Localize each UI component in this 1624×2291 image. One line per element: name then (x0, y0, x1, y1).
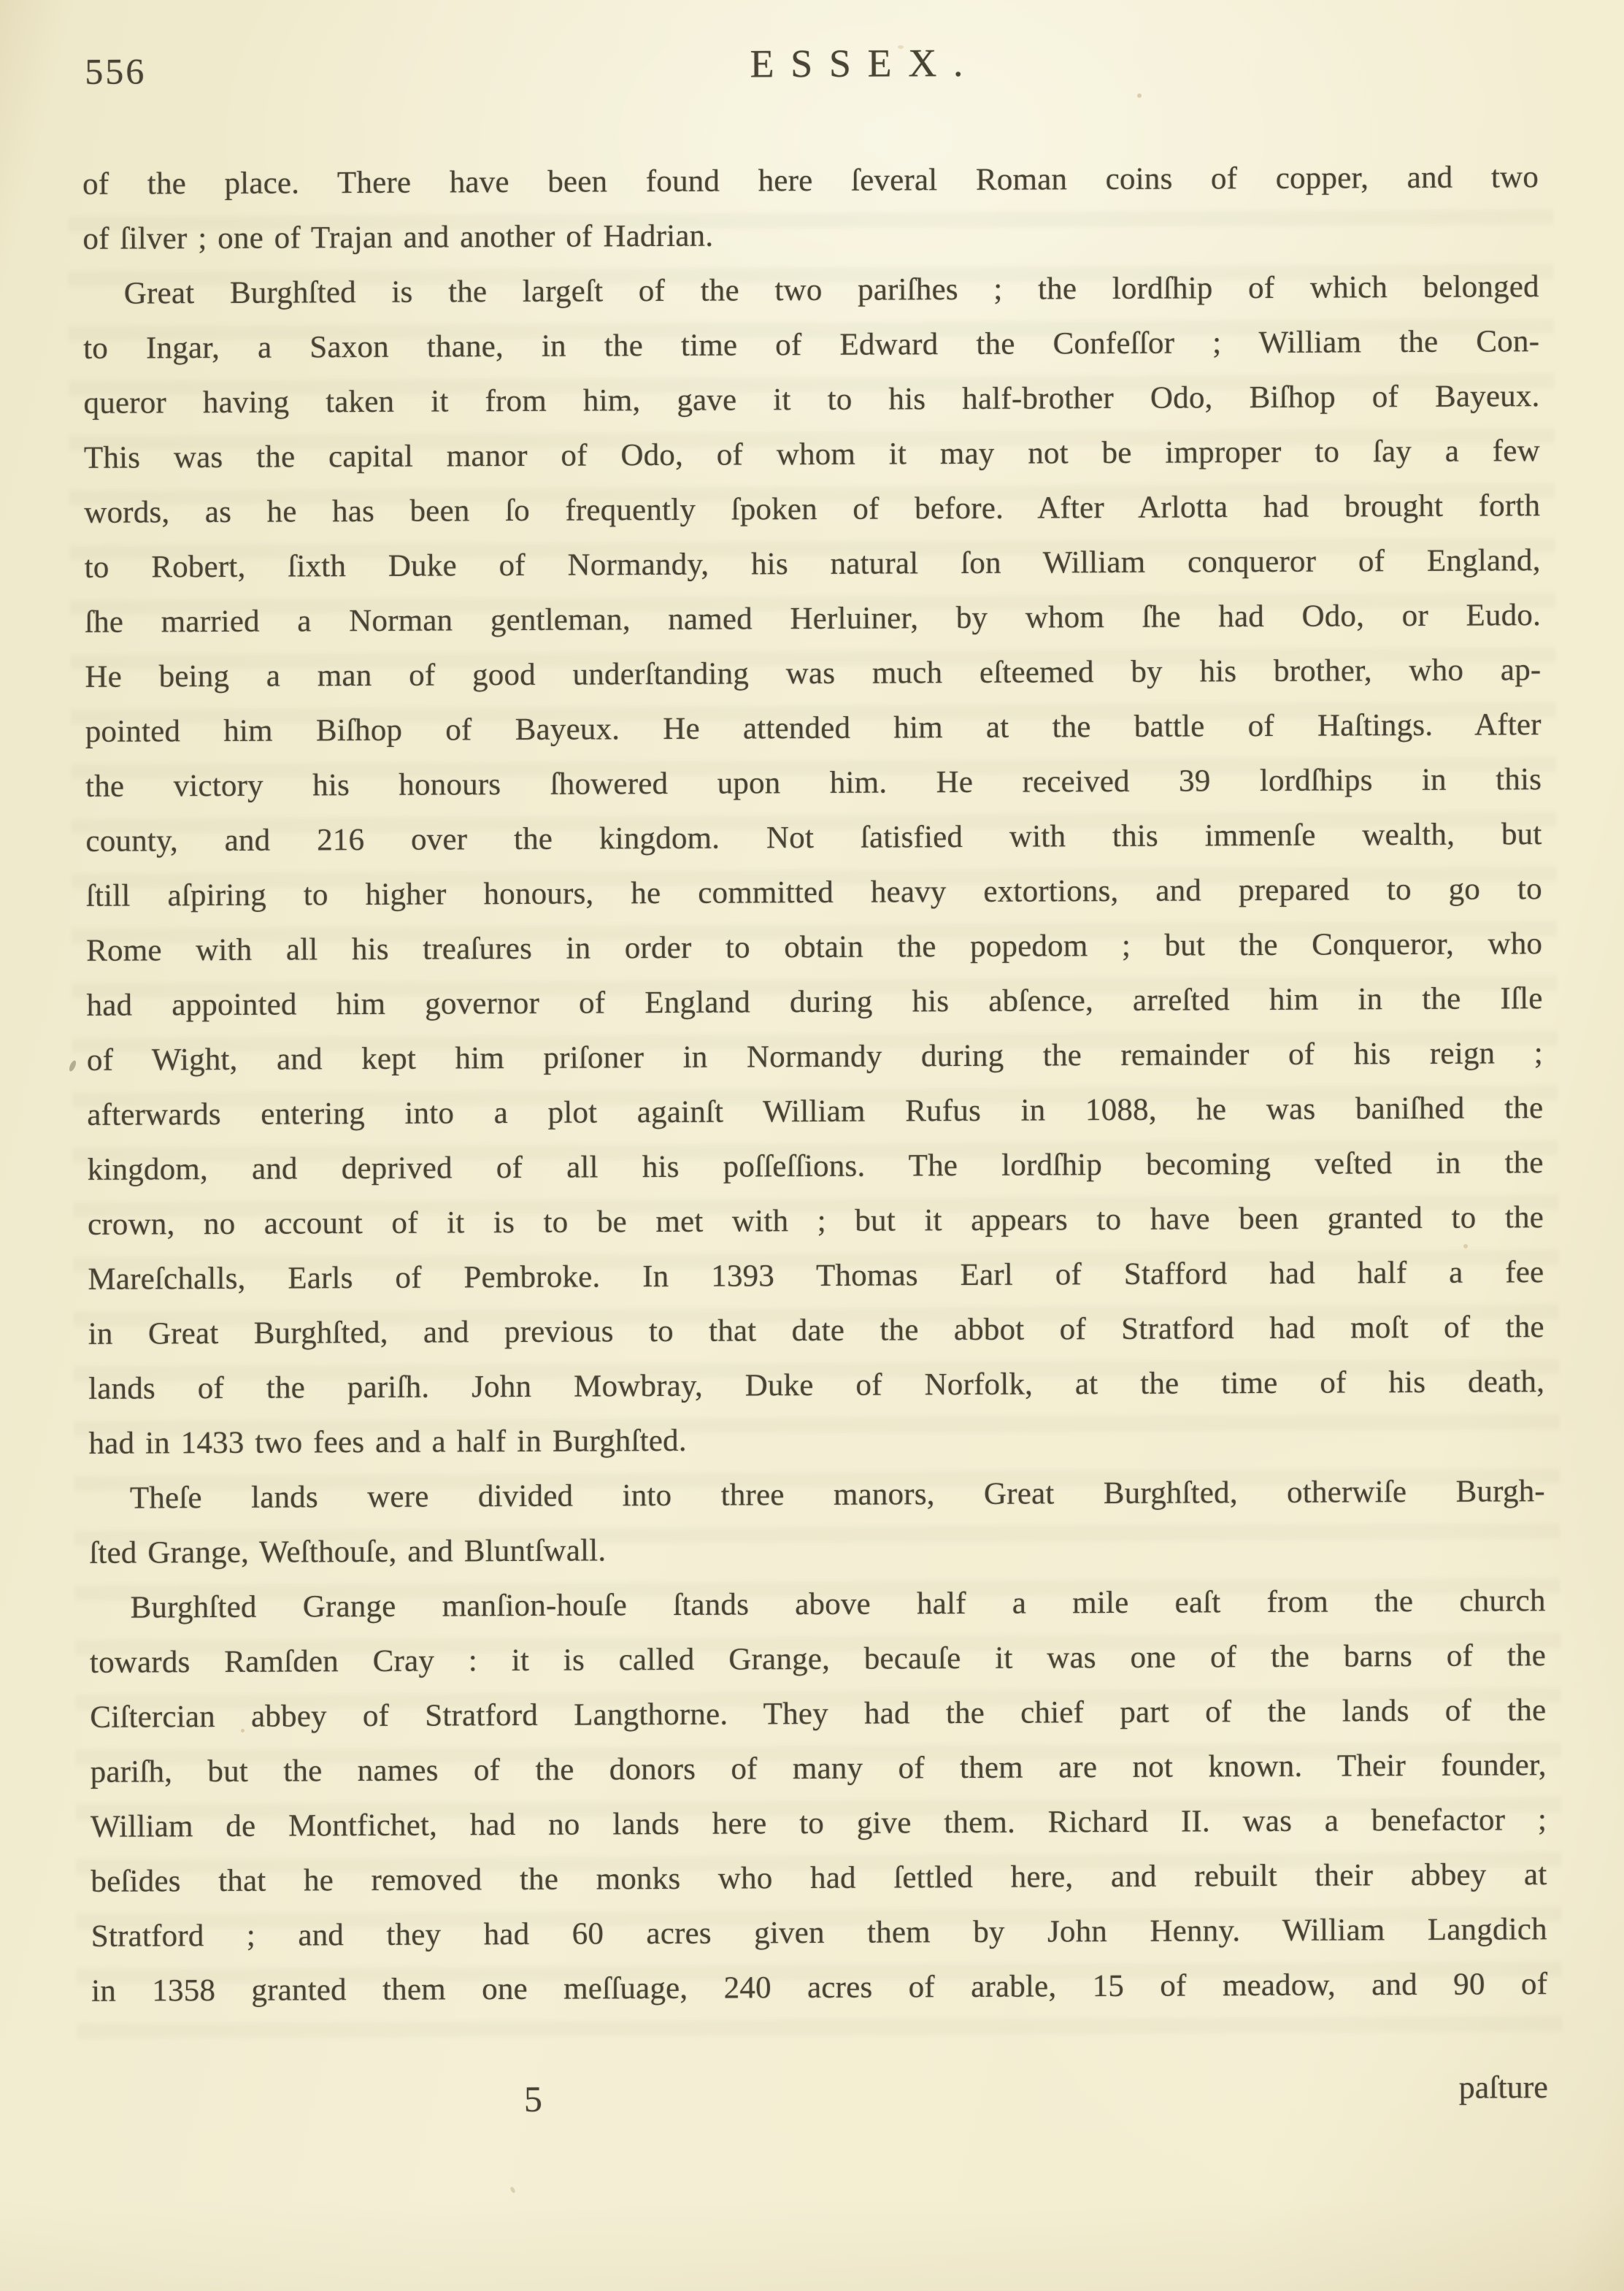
text-line: William de Montfichet, had no lands here… (91, 1792, 1547, 1854)
text-line: Stratford ; and they had 60 acres given … (91, 1902, 1547, 1964)
text-line: had in 1433 two fees and a half in Burgh… (88, 1409, 1544, 1471)
text-line: lands of the pariſh. John Mowbray, Duke … (88, 1354, 1544, 1416)
running-title: ESSEX. (82, 37, 1538, 90)
text-line: beſides that he removed the monks who ha… (91, 1847, 1547, 1909)
text-line: towards Ramſden Cray : it is called Gran… (90, 1628, 1546, 1690)
text-line: in Great Burghſted, and previous to that… (88, 1300, 1544, 1362)
text-line: of Wight, and kept him priſoner in Norma… (87, 1026, 1543, 1088)
text-line: words, as he has been ſo frequently ſpok… (84, 478, 1540, 540)
text-line: ſtill aſpiring to higher honours, he com… (86, 861, 1542, 924)
signature-mark: 5 (524, 2078, 542, 2120)
text-line: Burghſted Grange manſion-houſe ſtands ab… (89, 1573, 1545, 1635)
text-line: the victory his honours ſhowered upon hi… (85, 752, 1542, 814)
text-line: pariſh, but the names of the donors of m… (91, 1738, 1547, 1800)
text-line: ſhe married a Norman gentleman, named He… (85, 588, 1541, 650)
text-line: Ciſtercian abbey of Stratford Langthorne… (90, 1683, 1546, 1745)
catchword: paſture (1459, 2068, 1548, 2106)
text-line: Mareſchalls, Earls of Pembroke. In 1393 … (88, 1245, 1544, 1307)
text-line: to Ingar, a Saxon thane, in the time of … (83, 314, 1539, 376)
text-line: of the place. There have been found here… (82, 150, 1539, 212)
text-line: crown, no account of it is to be met wit… (88, 1190, 1544, 1252)
text-line: ſted Grange, Weſthouſe, and Bluntſwall. (89, 1519, 1545, 1581)
body-text: of the place. There have been found here… (82, 150, 1547, 2019)
text-line: Rome with all his treaſures in order to … (86, 916, 1542, 978)
text-line: queror having taken it from him, gave it… (83, 369, 1539, 431)
text-line: pointed him Biſhop of Bayeux. He attende… (85, 697, 1542, 759)
text-line: This was the capital manor of Odo, of wh… (84, 423, 1540, 486)
text-line: had appointed him governor of England du… (86, 971, 1542, 1033)
text-line: of ſilver ; one of Trajan and another of… (82, 204, 1539, 266)
text-line: county, and 216 over the kingdom. Not ſa… (85, 807, 1542, 869)
text-line: kingdom, and deprived of all his poſſeſſ… (88, 1135, 1544, 1197)
book-page-scan: 556 ESSEX. of the place. There have been… (0, 0, 1624, 2291)
text-line: afterwards entering into a plot againſt … (87, 1081, 1543, 1143)
page-header: 556 ESSEX. (82, 37, 1538, 96)
text-line: in 1358 granted them one meſſuage, 240 a… (91, 1957, 1547, 2019)
text-line: Theſe lands were divided into three mano… (89, 1464, 1545, 1526)
scanned-content: 556 ESSEX. of the place. There have been… (0, 0, 1624, 2291)
text-line: He being a man of good underſtanding was… (85, 642, 1541, 705)
text-line: to Robert, ſixth Duke of Normandy, his n… (84, 533, 1540, 595)
text-line: Great Burghſted is the largeſt of the tw… (83, 259, 1539, 321)
